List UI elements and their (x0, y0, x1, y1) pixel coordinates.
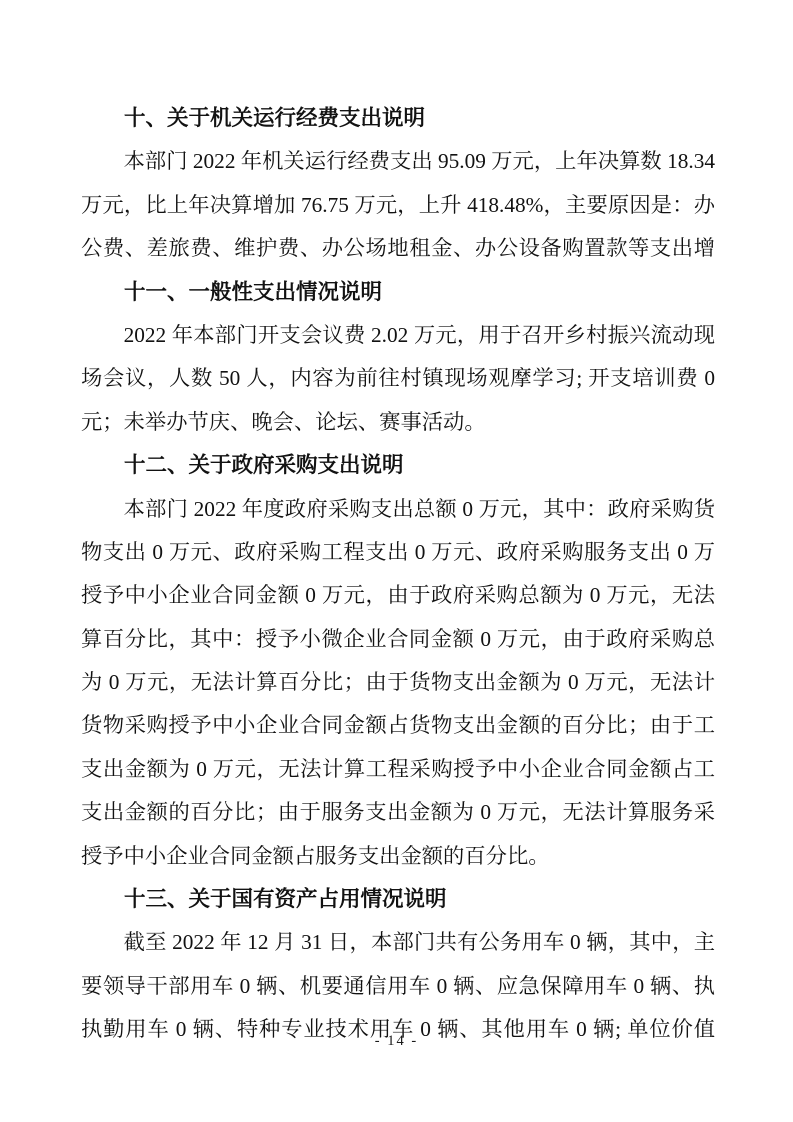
page-number: - 14 - (0, 1033, 793, 1050)
section-state-owned-assets: 十三、关于国有资产占用情况说明 截至 2022 年 12 月 31 日，本部门共… (81, 878, 715, 1052)
section-heading: 十、关于机关运行经费支出说明 (81, 97, 715, 140)
section-office-operating-expense: 十、关于机关运行经费支出说明 本部门 2022 年机关运行经费支出 95.09 … (81, 97, 715, 271)
text-line: 货物采购授予中小企业合同金额占货物支出金额的百分比；由于工程 (81, 704, 715, 747)
section-heading: 十一、一般性支出情况说明 (81, 271, 715, 314)
text-line: 为 0 万元，无法计算百分比；由于货物支出金额为 0 万元，无法计算 (81, 661, 715, 704)
section-paragraph: 2022 年本部门开支会议费 2.02 万元，用于召开乡村振兴流动现场会议，人数… (81, 314, 715, 444)
text-line: 截至 2022 年 12 月 31 日，本部门共有公务用车 0 辆，其中，主 (81, 921, 715, 964)
section-paragraph: 本部门 2022 年度政府采购支出总额 0 万元，其中：政府采购货物支出 0 万… (81, 488, 715, 879)
text-line: 公费、差旅费、维护费、办公场地租金、办公设备购置款等支出增加。 (81, 227, 715, 270)
text-line: 支出金额为 0 万元，无法计算工程采购授予中小企业合同金额占工程 (81, 748, 715, 791)
document-page-body: 十、关于机关运行经费支出说明 本部门 2022 年机关运行经费支出 95.09 … (81, 97, 715, 1052)
text-line: 场会议，人数 50 人，内容为前往村镇现场观摩学习; 开支培训费 0 万 (81, 357, 715, 400)
section-heading: 十二、关于政府采购支出说明 (81, 444, 715, 487)
text-line: 授予中小企业合同金额 0 万元，由于政府采购总额为 0 万元，无法计 (81, 574, 715, 617)
section-heading: 十三、关于国有资产占用情况说明 (81, 878, 715, 921)
section-government-procurement: 十二、关于政府采购支出说明 本部门 2022 年度政府采购支出总额 0 万元，其… (81, 444, 715, 878)
text-line: 算百分比，其中：授予小微企业合同金额 0 万元，由于政府采购总额 (81, 618, 715, 661)
text-line: 本部门 2022 年度政府采购支出总额 0 万元，其中：政府采购货 (81, 488, 715, 531)
text-line: 万元，比上年决算增加 76.75 万元，上升 418.48%，主要原因是：办 (81, 184, 715, 227)
text-line: 授予中小企业合同金额占服务支出金额的百分比。 (81, 835, 715, 878)
section-paragraph: 本部门 2022 年机关运行经费支出 95.09 万元，上年决算数 18.34万… (81, 140, 715, 270)
text-line: 元；未举办节庆、晚会、论坛、赛事活动。 (81, 401, 715, 444)
text-line: 要领导干部用车 0 辆、机要通信用车 0 辆、应急保障用车 0 辆、执法 (81, 965, 715, 1008)
text-line: 本部门 2022 年机关运行经费支出 95.09 万元，上年决算数 18.34 (81, 140, 715, 183)
text-line: 物支出 0 万元、政府采购工程支出 0 万元、政府采购服务支出 0 万元。 (81, 531, 715, 574)
text-line: 2022 年本部门开支会议费 2.02 万元，用于召开乡村振兴流动现 (81, 314, 715, 357)
text-line: 支出金额的百分比；由于服务支出金额为 0 万元，无法计算服务采购 (81, 791, 715, 834)
section-general-expense: 十一、一般性支出情况说明 2022 年本部门开支会议费 2.02 万元，用于召开… (81, 271, 715, 445)
